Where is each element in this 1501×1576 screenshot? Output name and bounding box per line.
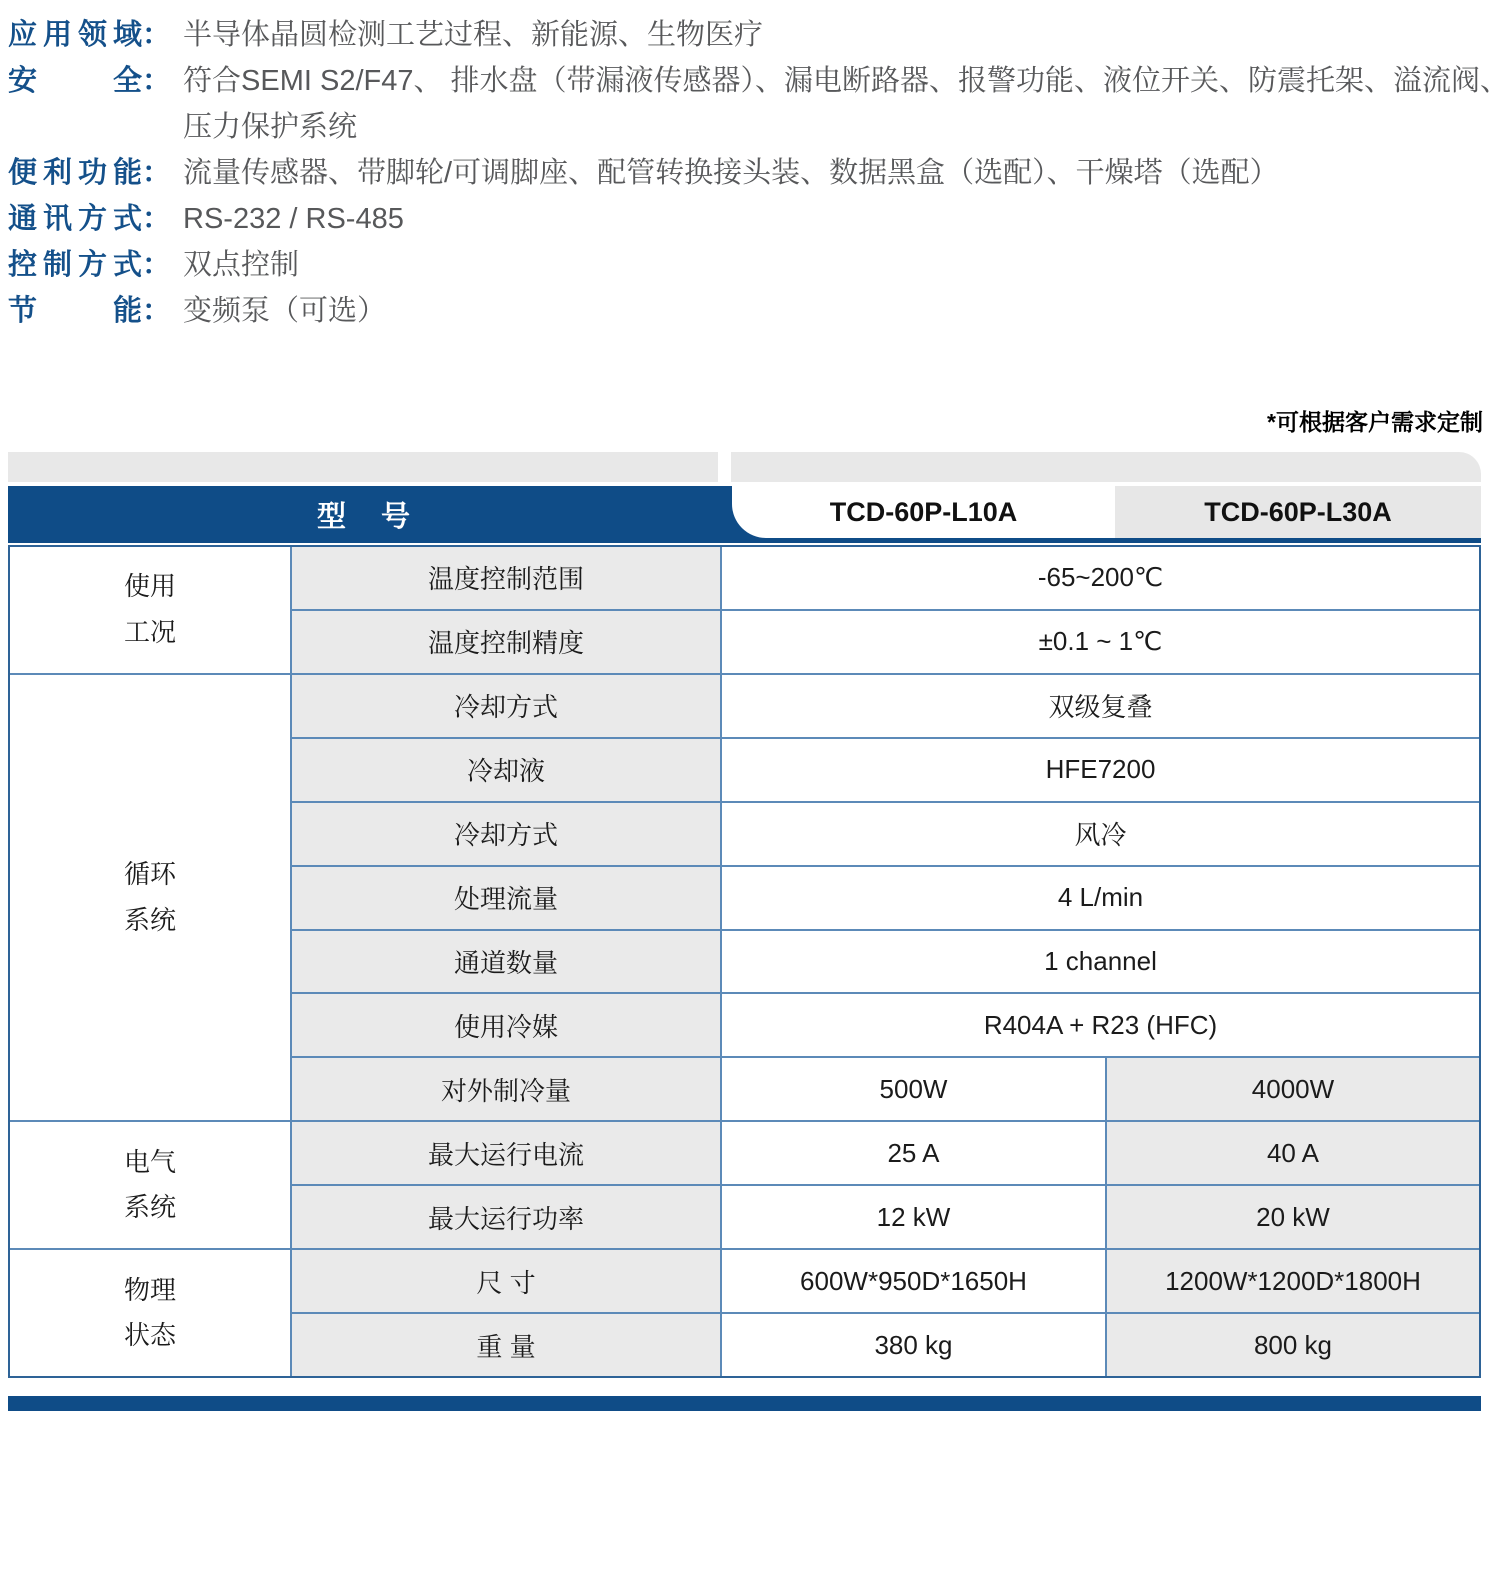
spec-row-convenience: 便利功能 ： 流量传感器、带脚轮/可调脚座、配管转换接头装、数据黑盒（选配）、干… <box>8 150 1493 196</box>
value-cell-model2: 800 kg <box>1107 1314 1479 1376</box>
value-cell-model1: 600W*950D*1650H <box>722 1250 1105 1312</box>
attr-cell: 冷却方式 <box>292 803 720 865</box>
spec-label: 控制方式 <box>8 242 142 288</box>
spec-colon: ： <box>142 12 171 58</box>
group-cell-electrical-system: 电气 系统 <box>10 1122 290 1248</box>
spec-colon: ： <box>142 288 171 334</box>
attr-cell: 最大运行功率 <box>292 1186 720 1248</box>
spec-row-safety: 安全 ： 符合SEMI S2/F47、 排水盘（带漏液传感器）、漏电断路器、报警… <box>8 58 1493 150</box>
attr-cell: 冷却液 <box>292 739 720 801</box>
spec-sheet-page: 应用领域 ： 半导体晶圆检测工艺过程、新能源、生物医疗 安全 ： 符合SEMI … <box>0 0 1501 1576</box>
bottom-accent-bar <box>8 1396 1481 1411</box>
attr-cell: 处理流量 <box>292 867 720 929</box>
value-cell: R404A + R23 (HFC) <box>722 994 1479 1056</box>
group-cell-circulation-system: 循环 系统 <box>10 675 290 1120</box>
attr-cell: 对外制冷量 <box>292 1058 720 1120</box>
spec-content-line: 双点控制 <box>183 242 299 288</box>
model-tab-tcd-60p-l30a: TCD-60P-L30A <box>1115 486 1481 538</box>
value-cell-model1: 380 kg <box>722 1314 1105 1376</box>
model-header-label: 型 号 <box>8 486 722 543</box>
spec-content: 变频泵（可选） <box>183 288 386 334</box>
model-tab-tcd-60p-l10a: TCD-60P-L10A <box>732 486 1115 538</box>
value-cell: 风冷 <box>722 803 1479 865</box>
spec-label: 安全 <box>8 58 142 104</box>
value-cell-model1: 500W <box>722 1058 1105 1120</box>
spec-colon: ： <box>142 196 171 242</box>
group-cell-operating-conditions: 使用 工况 <box>10 547 290 673</box>
spec-content-line: 变频泵（可选） <box>183 288 386 334</box>
value-cell: 双级复叠 <box>722 675 1479 737</box>
spec-colon: ： <box>142 242 171 288</box>
group-cell-physical-state: 物理 状态 <box>10 1250 290 1376</box>
value-cell: HFE7200 <box>722 739 1479 801</box>
spec-row-energy: 节能 ： 变频泵（可选） <box>8 288 1493 334</box>
value-cell-model2: 40 A <box>1107 1122 1479 1184</box>
value-cell-model1: 25 A <box>722 1122 1105 1184</box>
attr-cell: 温度控制范围 <box>292 547 720 609</box>
attr-cell: 尺 寸 <box>292 1250 720 1312</box>
spec-content: 双点控制 <box>183 242 299 288</box>
value-cell: -65~200℃ <box>722 547 1479 609</box>
attr-cell: 温度控制精度 <box>292 611 720 673</box>
value-cell-model1: 12 kW <box>722 1186 1105 1248</box>
customization-note: *可根据客户需求定制 <box>1267 404 1483 437</box>
spec-table: 使用 工况 循环 系统 电气 系统 物理 状态 温度控制范围 -65~200℃ … <box>8 545 1481 1378</box>
spec-content-line: 半导体晶圆检测工艺过程、新能源、生物医疗 <box>183 12 763 58</box>
spec-content-line: 压力保护系统 <box>183 104 1501 150</box>
spec-content: RS-232 / RS-485 <box>183 196 404 242</box>
spec-label: 通讯方式 <box>8 196 142 242</box>
attr-cell: 重 量 <box>292 1314 720 1376</box>
value-cell: 4 L/min <box>722 867 1479 929</box>
value-cell: 1 channel <box>722 931 1479 993</box>
attr-cell: 最大运行电流 <box>292 1122 720 1184</box>
attr-cell: 通道数量 <box>292 931 720 993</box>
value-cell: ±0.1 ~ 1℃ <box>722 611 1479 673</box>
attr-cell: 冷却方式 <box>292 675 720 737</box>
spec-content: 符合SEMI S2/F47、 排水盘（带漏液传感器）、漏电断路器、报警功能、液位… <box>183 58 1501 150</box>
table-top-strip-right <box>731 452 1481 482</box>
attr-cell: 使用冷媒 <box>292 994 720 1056</box>
value-cell-model2: 4000W <box>1107 1058 1479 1120</box>
spec-content: 半导体晶圆检测工艺过程、新能源、生物医疗 <box>183 12 763 58</box>
table-top-strip-left <box>8 452 718 482</box>
spec-label: 节能 <box>8 288 142 334</box>
spec-content: 流量传感器、带脚轮/可调脚座、配管转换接头装、数据黑盒（选配）、干燥塔（选配） <box>183 150 1279 196</box>
spec-content-line: 流量传感器、带脚轮/可调脚座、配管转换接头装、数据黑盒（选配）、干燥塔（选配） <box>183 150 1279 196</box>
spec-content-line: 符合SEMI S2/F47、 排水盘（带漏液传感器）、漏电断路器、报警功能、液位… <box>183 58 1501 104</box>
spec-row-control: 控制方式 ： 双点控制 <box>8 242 1493 288</box>
spec-colon: ： <box>142 58 171 104</box>
spec-colon: ： <box>142 150 171 196</box>
spec-label: 便利功能 <box>8 150 142 196</box>
spec-row-application: 应用领域 ： 半导体晶圆检测工艺过程、新能源、生物医疗 <box>8 12 1493 58</box>
spec-row-communication: 通讯方式 ： RS-232 / RS-485 <box>8 196 1493 242</box>
feature-list: 应用领域 ： 半导体晶圆检测工艺过程、新能源、生物医疗 安全 ： 符合SEMI … <box>8 12 1493 334</box>
value-cell-model2: 1200W*1200D*1800H <box>1107 1250 1479 1312</box>
spec-label: 应用领域 <box>8 12 142 58</box>
spec-content-line: RS-232 / RS-485 <box>183 196 404 242</box>
value-cell-model2: 20 kW <box>1107 1186 1479 1248</box>
table-header-row: 型 号 TCD-60P-L10A TCD-60P-L30A <box>8 486 1481 543</box>
